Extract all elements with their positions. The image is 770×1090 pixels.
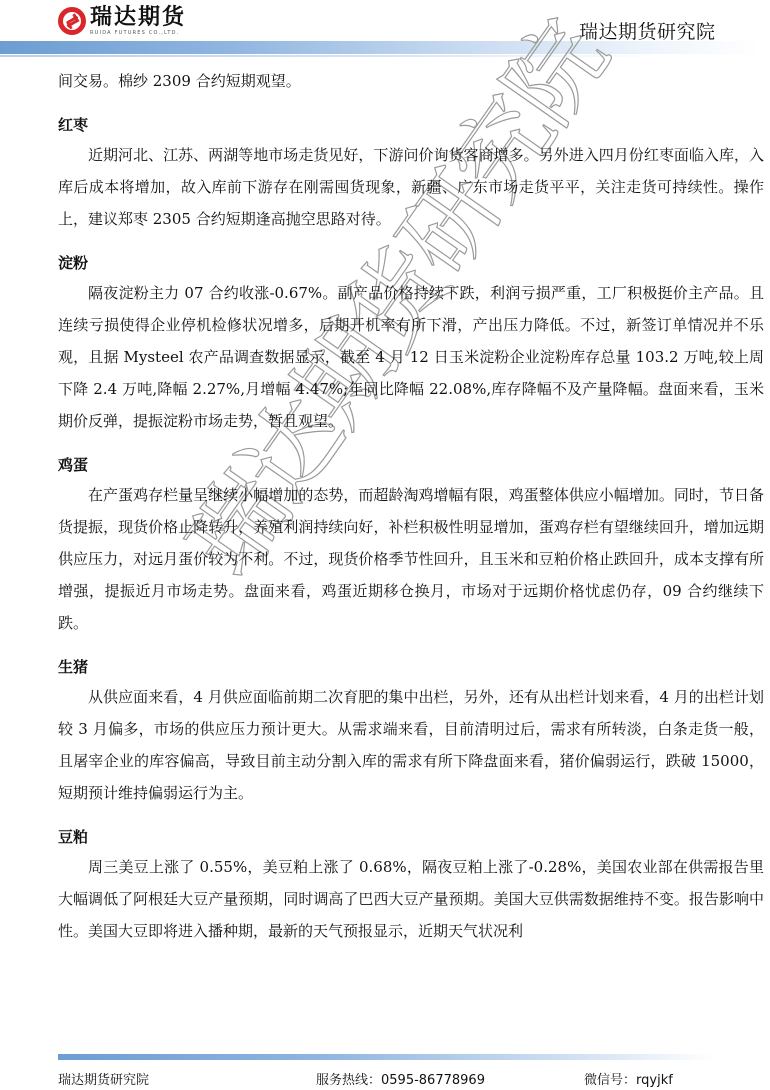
section-heading-eggs: 鸡蛋 <box>58 455 764 475</box>
page-header: 瑞达期货 RUIDA FUTURES CO.,LTD. 瑞达期货研究院 <box>0 0 770 60</box>
header-divider-band <box>0 41 760 54</box>
header-title: 瑞达期货研究院 <box>579 17 716 44</box>
spacer <box>58 639 764 657</box>
footer-hotline-label: 服务热线： <box>316 1073 381 1088</box>
section-heading-starch: 淀粉 <box>58 253 764 273</box>
spacer <box>58 437 764 455</box>
spacer <box>58 97 764 115</box>
logo-name-cn: 瑞达期货 <box>90 6 186 30</box>
logo-name-en: RUIDA FUTURES CO.,LTD. <box>90 30 186 37</box>
footer-wechat-id: rqyjkf <box>636 1073 673 1088</box>
spacer <box>58 235 764 253</box>
section-paragraph-soymeal: 周三美豆上涨了 0.55%，美豆粕上涨了 0.68%，隔夜豆粕上涨了-0.28%… <box>58 851 764 947</box>
section-paragraph-hogs: 从供应面来看，4 月供应面临前期二次育肥的集中出栏，另外，还有从出栏计划来看，4… <box>58 681 764 809</box>
logo-text: 瑞达期货 RUIDA FUTURES CO.,LTD. <box>90 6 186 37</box>
footer-wechat-label: 微信号： <box>584 1073 636 1088</box>
company-logo: 瑞达期货 RUIDA FUTURES CO.,LTD. <box>58 4 186 38</box>
section-heading-jujube: 红枣 <box>58 115 764 135</box>
footer-hotline: 服务热线：0595-86778969 <box>316 1069 485 1088</box>
section-paragraph-jujube: 近期河北、江苏、两湖等地市场走货见好，下游问价询货客商增多。另外进入四月份红枣面… <box>58 139 764 235</box>
footer-hotline-number: 0595-86778969 <box>381 1073 485 1088</box>
logo-mark-icon <box>58 7 86 35</box>
section-heading-soymeal: 豆粕 <box>58 827 764 847</box>
footer-wechat: 微信号：rqyjkf <box>584 1069 673 1088</box>
report-body: 间交易。棉纱 2309 合约短期观望。 红枣 近期河北、江苏、两湖等地市场走货见… <box>58 65 764 947</box>
section-paragraph-eggs: 在产蛋鸡存栏量呈继续小幅增加的态势，而超龄淘鸡增幅有限，鸡蛋整体供应小幅增加。同… <box>58 479 764 639</box>
footer-org: 瑞达期货研究院 <box>58 1069 149 1088</box>
section-paragraph-starch: 隔夜淀粉主力 07 合约收涨-0.67%。副产品价格持续下跌，利润亏损严重，工厂… <box>58 277 764 437</box>
spacer <box>58 809 764 827</box>
header-divider-line <box>0 55 660 57</box>
continuation-paragraph: 间交易。棉纱 2309 合约短期观望。 <box>58 65 764 97</box>
section-heading-hogs: 生猪 <box>58 657 764 677</box>
footer-divider-band <box>58 1054 714 1060</box>
